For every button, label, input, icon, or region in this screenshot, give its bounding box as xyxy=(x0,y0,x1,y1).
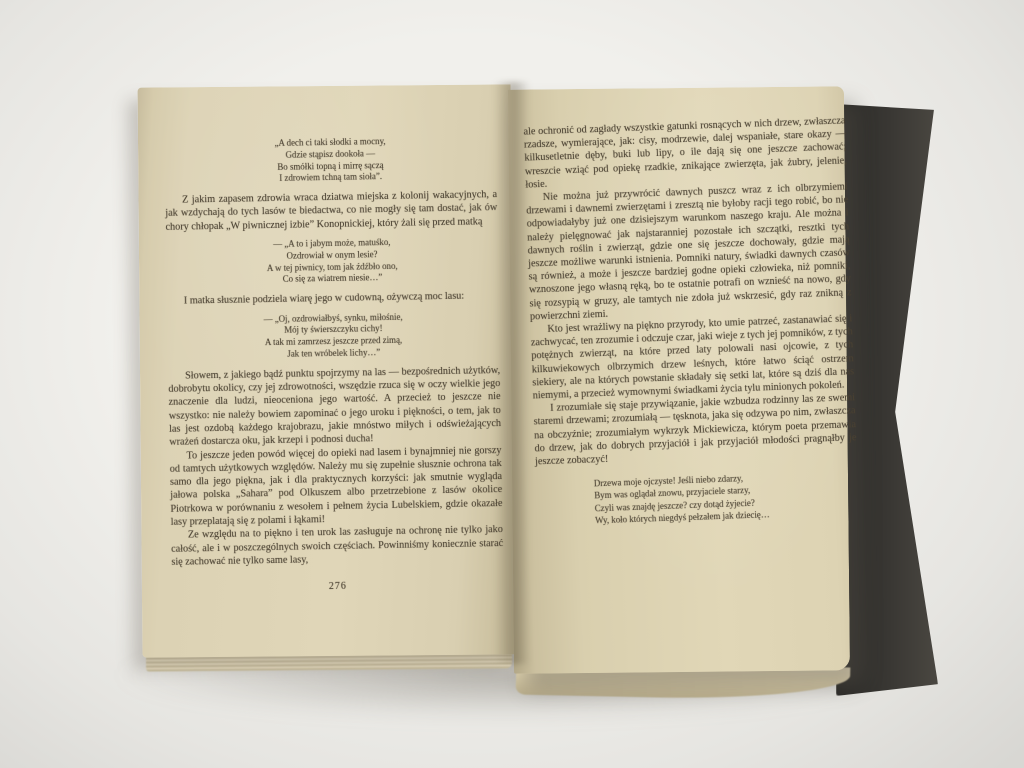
body-paragraph: Nie można już przywrócić dawnych puszcz … xyxy=(526,180,852,323)
body-paragraph: Z jakim zapasem zdrowia wraca dziatwa mi… xyxy=(165,188,498,234)
body-paragraph: Ze względu na to piękno i ten urok las z… xyxy=(171,523,504,569)
body-paragraph: ale ochronić od zagłady wszystkie gatunk… xyxy=(523,114,847,191)
body-paragraph: Słowem, z jakiego bądź punktu spojrzymy … xyxy=(168,364,501,450)
verse-quote-1: „A dech ci taki słodki a mocny, Gdzie st… xyxy=(187,134,473,186)
left-page: „A dech ci taki słodki a mocny, Gdzie st… xyxy=(138,84,516,657)
body-paragraph: I matka słusznie podziela wiarę jego w c… xyxy=(167,289,499,308)
body-paragraph: Kto jest wrażliwy na piękno przyrody, kt… xyxy=(530,312,855,402)
right-page: ale ochronić od zagłady wszystkie gatunk… xyxy=(508,86,850,673)
verse-quote-3: — „Oj, ozdrowiałbyś, synku, miłośnie, Mó… xyxy=(190,310,476,362)
verse-quote-mickiewicz: Drzewa moje ojczyste! Jeśli niebo zdarzy… xyxy=(594,468,860,526)
book-photo-background: „A dech ci taki słodki a mocny, Gdzie st… xyxy=(0,0,1024,768)
right-page-text-column: ale ochronić od zagłady wszystkie gatunk… xyxy=(523,114,859,528)
left-page-text-column: „A dech ci taki słodki a mocny, Gdzie st… xyxy=(164,127,504,596)
page-number: 276 xyxy=(172,577,504,596)
body-paragraph: To jeszcze jeden powód więcej do opieki … xyxy=(169,444,502,530)
verse-quote-2: — „A to i jabym może, matuśko, Ozdrowiał… xyxy=(189,236,475,288)
body-paragraph: I zrozumiałe się staje przywiązanie, jak… xyxy=(533,391,857,468)
